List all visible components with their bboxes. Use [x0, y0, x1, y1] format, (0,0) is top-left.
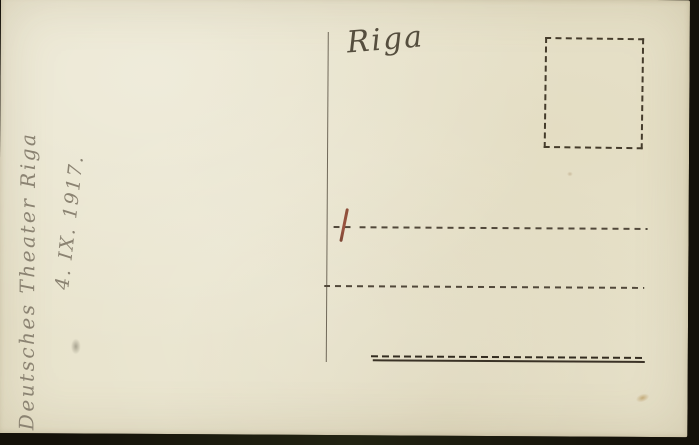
faint-stain: [567, 171, 573, 176]
handwritten-riga-annotation: Riga: [345, 19, 425, 60]
handwritten-side-caption: Deutsches Theater Riga: [14, 132, 40, 431]
tan-stain: [635, 392, 651, 404]
smudge-stain: [71, 338, 81, 354]
address-line-1: [360, 226, 648, 230]
stamp-box: [544, 37, 644, 149]
handwritten-side-date: 4. IX. 1917.: [51, 153, 88, 290]
divider-line: [326, 32, 329, 362]
address-line-3-solid: [373, 359, 645, 363]
address-line-2: [324, 285, 644, 289]
postcard-back: Riga Deutsches Theater Riga 4. IX. 1917.: [0, 0, 690, 437]
address-line-3-dashed: [371, 355, 645, 359]
